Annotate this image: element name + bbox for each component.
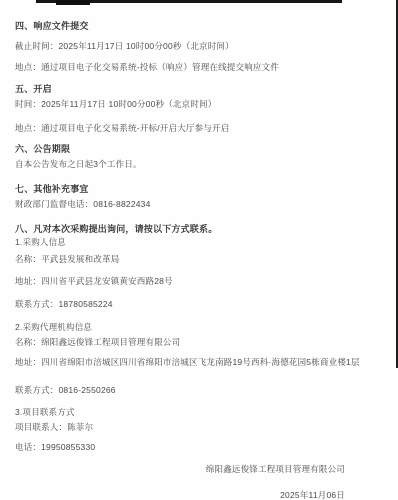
agency-name-line: 名称：绵阳鑫远俊锋工程项目管理有限公司 (15, 336, 383, 349)
signature-date: 2025年11月06日 (15, 489, 345, 500)
purchaser-address-line: 地址：四川省平武县龙安镇黄安西路28号 (15, 275, 383, 288)
procurement-announcement-document: 四、响应文件提交 截止时间：2025年11月17日 10时00分00秒（北京时间… (0, 0, 398, 500)
submission-location-line: 地点：通过项目电子化交易系统-投标（响应）管理在线提交响应文件 (15, 61, 383, 74)
section-6-heading: 六、公告期限 (15, 143, 383, 156)
section-8-heading: 八、凡对本次采购提出询问，请按以下方式联系。 (15, 223, 383, 236)
agency-contact-line: 联系方式：0816-2550266 (15, 384, 383, 397)
opening-location-line: 地点：通过项目电子化交易系统-开标/开启大厅参与开启 (15, 122, 383, 135)
signature-company: 绵阳鑫远俊锋工程项目管理有限公司 (15, 463, 345, 476)
supervision-phone-line: 财政部门监督电话：0816-8822434 (15, 198, 383, 211)
project-contact-person-line: 项目联系人：陈菲尔 (15, 421, 383, 434)
document-body: 四、响应文件提交 截止时间：2025年11月17日 10时00分00秒（北京时间… (0, 0, 398, 500)
purchaser-name-line: 名称：平武县发展和改革局 (15, 253, 383, 266)
agency-info-title: 2.采购代理机构信息 (15, 321, 383, 334)
section-5-heading: 五、开启 (15, 83, 383, 96)
agency-address-line: 地址：四川省绵阳市涪城区四川省绵阳市涪城区飞龙南路19号西科·海德花园5栋商业楼… (15, 356, 383, 369)
project-contact-title: 3.项目联系方式 (15, 406, 383, 419)
opening-time-line: 时间：2025年11月17日 10时00分00秒（北京时间） (15, 98, 383, 111)
submission-deadline-line: 截止时间：2025年11月17日 10时00分00秒（北京时间） (15, 40, 383, 53)
purchaser-contact-line: 联系方式：18780585224 (15, 298, 383, 311)
signature-block: 绵阳鑫远俊锋工程项目管理有限公司 2025年11月06日 (15, 463, 383, 500)
section-7-heading: 七、其他补充事宜 (15, 183, 383, 196)
section-4-heading: 四、响应文件提交 (15, 20, 383, 33)
purchaser-info-title: 1.采购人信息 (15, 236, 383, 249)
clipped-text-remnant-blob (56, 0, 90, 5)
announcement-period-line: 自本公告发布之日起3个工作日。 (15, 158, 383, 171)
project-phone-line: 电话：19950855330 (15, 441, 383, 454)
